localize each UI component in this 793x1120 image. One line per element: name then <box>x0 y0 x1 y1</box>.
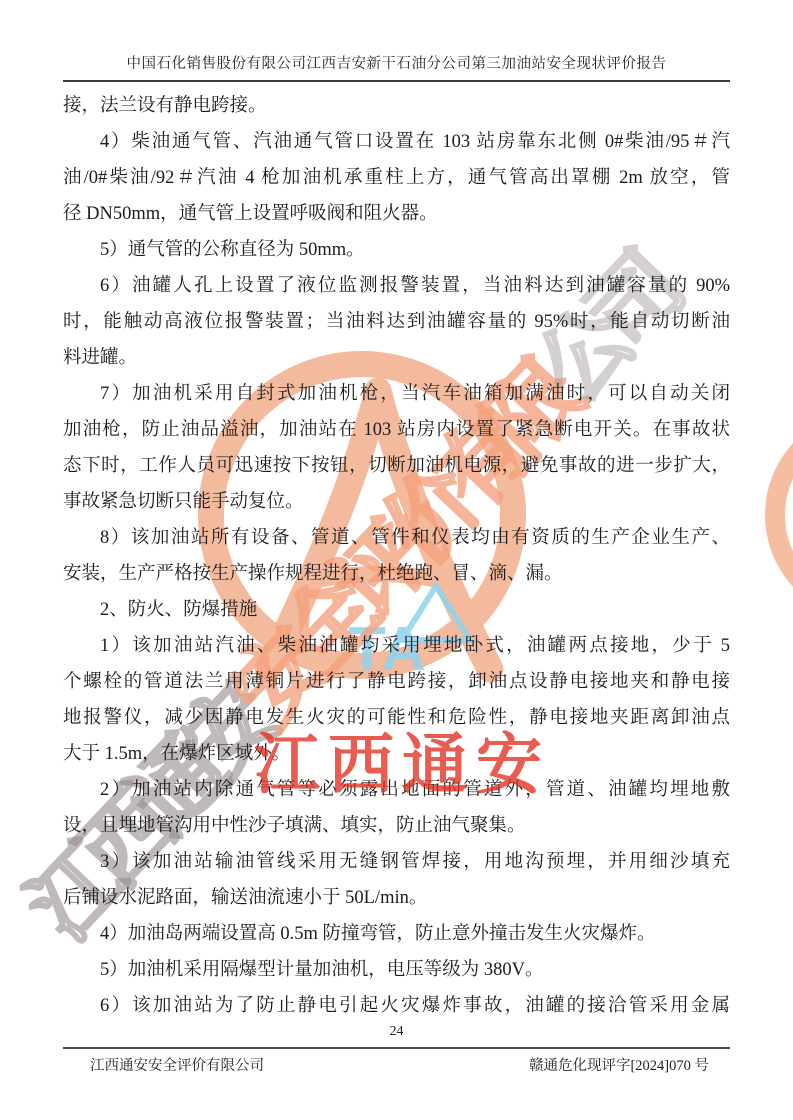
body-line: 大于 1.5m，在爆炸区域外。 <box>63 736 730 772</box>
body-line: 5）加油机采用隔爆型计量加油机，电压等级为 380V。 <box>63 952 730 988</box>
body-line: 8）该加油站所有设备、管道、管件和仪表均由有资质的生产企业生产、 <box>63 520 730 556</box>
body-line: 2）加油站内除通气管等必须露出地面的管道外，管道、油罐均埋地敷 <box>63 772 730 808</box>
footer-rule <box>63 1047 730 1049</box>
edge-ring-fragment-icon <box>743 405 793 625</box>
body-line: 7）加油机采用自封式加油机枪，当汽车油箱加满油时，可以自动关闭 <box>63 376 730 412</box>
body-line: 3）该加油站输油管线采用无缝钢管焊接，用地沟预埋，并用细沙填充 <box>63 844 730 880</box>
body-line: 时，能触动高液位报警装置；当油料达到油罐容量的 95%时，能自动切断油 <box>63 304 730 340</box>
body-line: 个螺栓的管道法兰用薄铜片进行了静电跨接，卸油点设静电接地夹和静电接 <box>63 664 730 700</box>
body-line: 4）柴油通气管、汽油通气管口设置在 103 站房靠东北侧 0#柴油/95＃汽 <box>63 124 730 160</box>
body-line: 安装，生产严格按生产操作规程进行，杜绝跑、冒、滴、漏。 <box>63 556 730 592</box>
body-line: 地报警仪，减少因静电发生火灾的可能性和危险性，静电接地夹距离卸油点 <box>63 700 730 736</box>
header-title: 中国石化销售股份有限公司江西吉安新干石油分公司第三加油站安全现状评价报告 <box>0 52 793 73</box>
body-line: 6）该加油站为了防止静电引起火灾爆炸事故，油罐的接洽管采用金属 <box>63 988 730 1024</box>
body-line: 设，且埋地管沟用中性沙子填满、填实，防止油气聚集。 <box>63 808 730 844</box>
body-line: 接，法兰设有静电跨接。 <box>63 88 730 124</box>
body-line: 后铺设水泥路面，输送油流速小于 50L/min。 <box>63 880 730 916</box>
body-line: 油/0#柴油/92＃汽油 4 枪加油机承重柱上方，通气管高出罩棚 2m 放空，管 <box>63 160 730 196</box>
header-rule <box>63 80 730 82</box>
body-line: 2、防火、防爆措施 <box>63 592 730 628</box>
body-line: 事故紧急切断只能手动复位。 <box>63 484 730 520</box>
body-line: 料进罐。 <box>63 340 730 376</box>
body-line: 6）油罐人孔上设置了液位监测报警装置，当油料达到油罐容量的 90% <box>63 268 730 304</box>
document-page: 中国石化销售股份有限公司江西吉安新干石油分公司第三加油站安全现状评价报告 TA … <box>0 0 793 1120</box>
body-line: 加油枪，防止油品溢油，加油站在 103 站房内设置了紧急断电开关。在事故状 <box>63 412 730 448</box>
body-line: 5）通气管的公称直径为 50mm。 <box>63 232 730 268</box>
footer-document-number: 赣通危化现评字[2024]070 号 <box>529 1054 709 1075</box>
footer-company-name: 江西通安安全评价有限公司 <box>90 1054 264 1075</box>
page-number: 24 <box>0 1024 793 1040</box>
body-line: 1）该加油站汽油、柴油油罐均采用埋地卧式，油罐两点接地，少于 5 <box>63 628 730 664</box>
body-line: 径 DN50mm，通气管上设置呼吸阀和阻火器。 <box>63 196 730 232</box>
body-text: 接，法兰设有静电跨接。4）柴油通气管、汽油通气管口设置在 103 站房靠东北侧 … <box>63 88 730 1024</box>
body-line: 4）加油岛两端设置高 0.5m 防撞弯管，防止意外撞击发生火灾爆炸。 <box>63 916 730 952</box>
body-line: 态下时，工作人员可迅速按下按钮，切断加油机电源，避免事故的进一步扩大， <box>63 448 730 484</box>
